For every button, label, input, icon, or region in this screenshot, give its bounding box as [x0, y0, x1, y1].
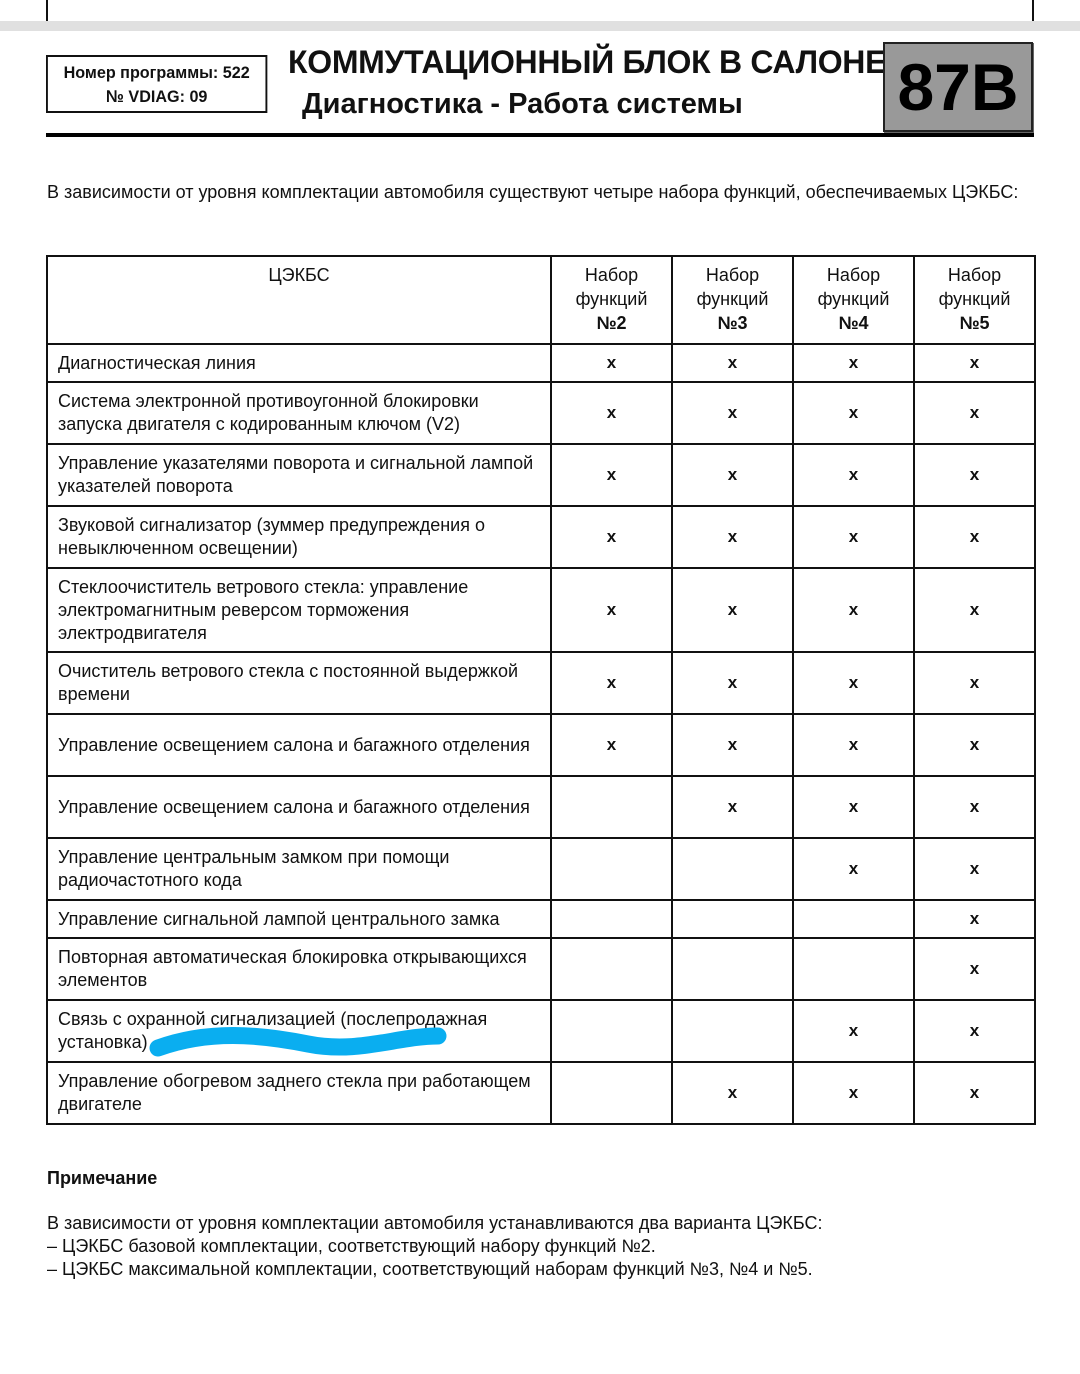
support-mark: x	[793, 444, 914, 506]
support-mark: x	[793, 1000, 914, 1062]
header-line: Набор	[585, 265, 638, 285]
table-header-row: ЦЭКБС Наборфункций№2Наборфункций№3Наборф…	[47, 256, 1035, 344]
column-header-set-4: Наборфункций№4	[793, 256, 914, 344]
set-number: №5	[919, 311, 1030, 335]
support-mark: x	[672, 776, 793, 838]
support-mark	[672, 1000, 793, 1062]
support-mark: x	[914, 900, 1035, 938]
column-header-function: ЦЭКБС	[47, 256, 551, 344]
table-row: Управление сигнальной лампой центральног…	[47, 900, 1035, 938]
support-mark: x	[551, 506, 672, 568]
support-mark: x	[793, 714, 914, 776]
vdiag-number: № VDIAG: 09	[48, 85, 266, 109]
support-mark: x	[793, 344, 914, 382]
support-mark: x	[551, 344, 672, 382]
support-mark: x	[914, 506, 1035, 568]
support-mark: x	[914, 652, 1035, 714]
note-line: – ЦЭКБС базовой комплектации, соответств…	[47, 1235, 823, 1258]
note-body: В зависимости от уровня комплектации авт…	[47, 1212, 823, 1281]
support-mark: x	[793, 776, 914, 838]
table-row: Звуковой сигнализатор (зуммер предупрежд…	[47, 506, 1035, 568]
function-name: Управление центральным замком при помощи…	[47, 838, 551, 900]
function-name: Звуковой сигнализатор (зуммер предупрежд…	[47, 506, 551, 568]
support-mark: x	[672, 568, 793, 652]
note-line: – ЦЭКБС максимальной комплектации, соотв…	[47, 1258, 823, 1281]
set-number: №4	[798, 311, 909, 335]
table-row: Диагностическая линияxxxx	[47, 344, 1035, 382]
support-mark: x	[914, 776, 1035, 838]
table-row: Стеклоочиститель ветрового стекла: управ…	[47, 568, 1035, 652]
function-name: Стеклоочиститель ветрового стекла: управ…	[47, 568, 551, 652]
column-header-set-5: Наборфункций№5	[914, 256, 1035, 344]
support-mark: x	[672, 382, 793, 444]
table-row: Система электронной противоугонной блоки…	[47, 382, 1035, 444]
support-mark: x	[914, 382, 1035, 444]
column-header-set-3: Наборфункций№3	[672, 256, 793, 344]
previous-page-footer	[46, 0, 1034, 23]
support-mark	[672, 838, 793, 900]
function-sets-table: ЦЭКБС Наборфункций№2Наборфункций№3Наборф…	[46, 255, 1036, 1125]
function-name: Связь с охранной сигнализацией (послепро…	[47, 1000, 551, 1062]
set-number: №3	[677, 311, 788, 335]
program-number: Номер программы: 522	[48, 61, 266, 85]
support-mark: x	[551, 652, 672, 714]
header-line: функций	[939, 289, 1011, 309]
page-separator	[0, 21, 1080, 31]
header-line: функций	[576, 289, 648, 309]
support-mark: x	[914, 344, 1035, 382]
support-mark: x	[793, 652, 914, 714]
support-mark: x	[914, 568, 1035, 652]
support-mark: x	[793, 568, 914, 652]
table-row: Управление указателями поворота и сигнал…	[47, 444, 1035, 506]
support-mark: x	[551, 444, 672, 506]
function-name: Очиститель ветрового стекла с постоянной…	[47, 652, 551, 714]
support-mark: x	[914, 838, 1035, 900]
table-row: Повторная автоматическая блокировка откр…	[47, 938, 1035, 1000]
table-row: Управление обогревом заднего стекла при …	[47, 1062, 1035, 1124]
function-name: Система электронной противоугонной блоки…	[47, 382, 551, 444]
support-mark	[551, 938, 672, 1000]
support-mark	[793, 938, 914, 1000]
header-line: Набор	[827, 265, 880, 285]
section-code-badge: 87B	[883, 42, 1033, 132]
support-mark: x	[551, 382, 672, 444]
function-name: Управление сигнальной лампой центральног…	[47, 900, 551, 938]
support-mark: x	[672, 652, 793, 714]
support-mark: x	[793, 1062, 914, 1124]
header-line: функций	[818, 289, 890, 309]
column-header-set-2: Наборфункций№2	[551, 256, 672, 344]
page-title: КОММУТАЦИОННЫЙ БЛОК В САЛОНЕ	[288, 44, 886, 81]
support-mark: x	[551, 714, 672, 776]
function-name: Управление обогревом заднего стекла при …	[47, 1062, 551, 1124]
support-mark: x	[793, 506, 914, 568]
table-row: Связь с охранной сигнализацией (послепро…	[47, 1000, 1035, 1062]
function-name: Управление освещением салона и багажного…	[47, 714, 551, 776]
header-line: Набор	[948, 265, 1001, 285]
support-mark: x	[551, 568, 672, 652]
support-mark	[551, 900, 672, 938]
support-mark	[793, 900, 914, 938]
set-number: №2	[556, 311, 667, 335]
table-row: Управление освещением салона и багажного…	[47, 776, 1035, 838]
intro-paragraph: В зависимости от уровня комплектации авт…	[47, 181, 1037, 204]
function-name: Управление освещением салона и багажного…	[47, 776, 551, 838]
table-row: Очиститель ветрового стекла с постоянной…	[47, 652, 1035, 714]
table-row: Управление освещением салона и багажного…	[47, 714, 1035, 776]
support-mark	[551, 776, 672, 838]
header-line: Набор	[706, 265, 759, 285]
function-name: Управление указателями поворота и сигнал…	[47, 444, 551, 506]
support-mark: x	[672, 344, 793, 382]
support-mark: x	[793, 838, 914, 900]
support-mark: x	[672, 1062, 793, 1124]
support-mark: x	[914, 444, 1035, 506]
page-subtitle: Диагностика - Работа системы	[302, 88, 743, 121]
support-mark	[672, 938, 793, 1000]
support-mark: x	[914, 938, 1035, 1000]
header-line: функций	[697, 289, 769, 309]
support-mark	[551, 838, 672, 900]
support-mark: x	[914, 714, 1035, 776]
support-mark	[551, 1000, 672, 1062]
support-mark: x	[672, 506, 793, 568]
support-mark	[672, 900, 793, 938]
table-row: Управление центральным замком при помощи…	[47, 838, 1035, 900]
header-divider	[46, 133, 1034, 137]
support-mark: x	[672, 444, 793, 506]
program-info-box: Номер программы: 522 № VDIAG: 09	[46, 55, 267, 113]
function-name: Диагностическая линия	[47, 344, 551, 382]
support-mark: x	[793, 382, 914, 444]
support-mark	[551, 1062, 672, 1124]
note-line: В зависимости от уровня комплектации авт…	[47, 1212, 823, 1235]
note-heading: Примечание	[47, 1168, 157, 1189]
support-mark: x	[672, 714, 793, 776]
support-mark: x	[914, 1062, 1035, 1124]
support-mark: x	[914, 1000, 1035, 1062]
function-name: Повторная автоматическая блокировка откр…	[47, 938, 551, 1000]
